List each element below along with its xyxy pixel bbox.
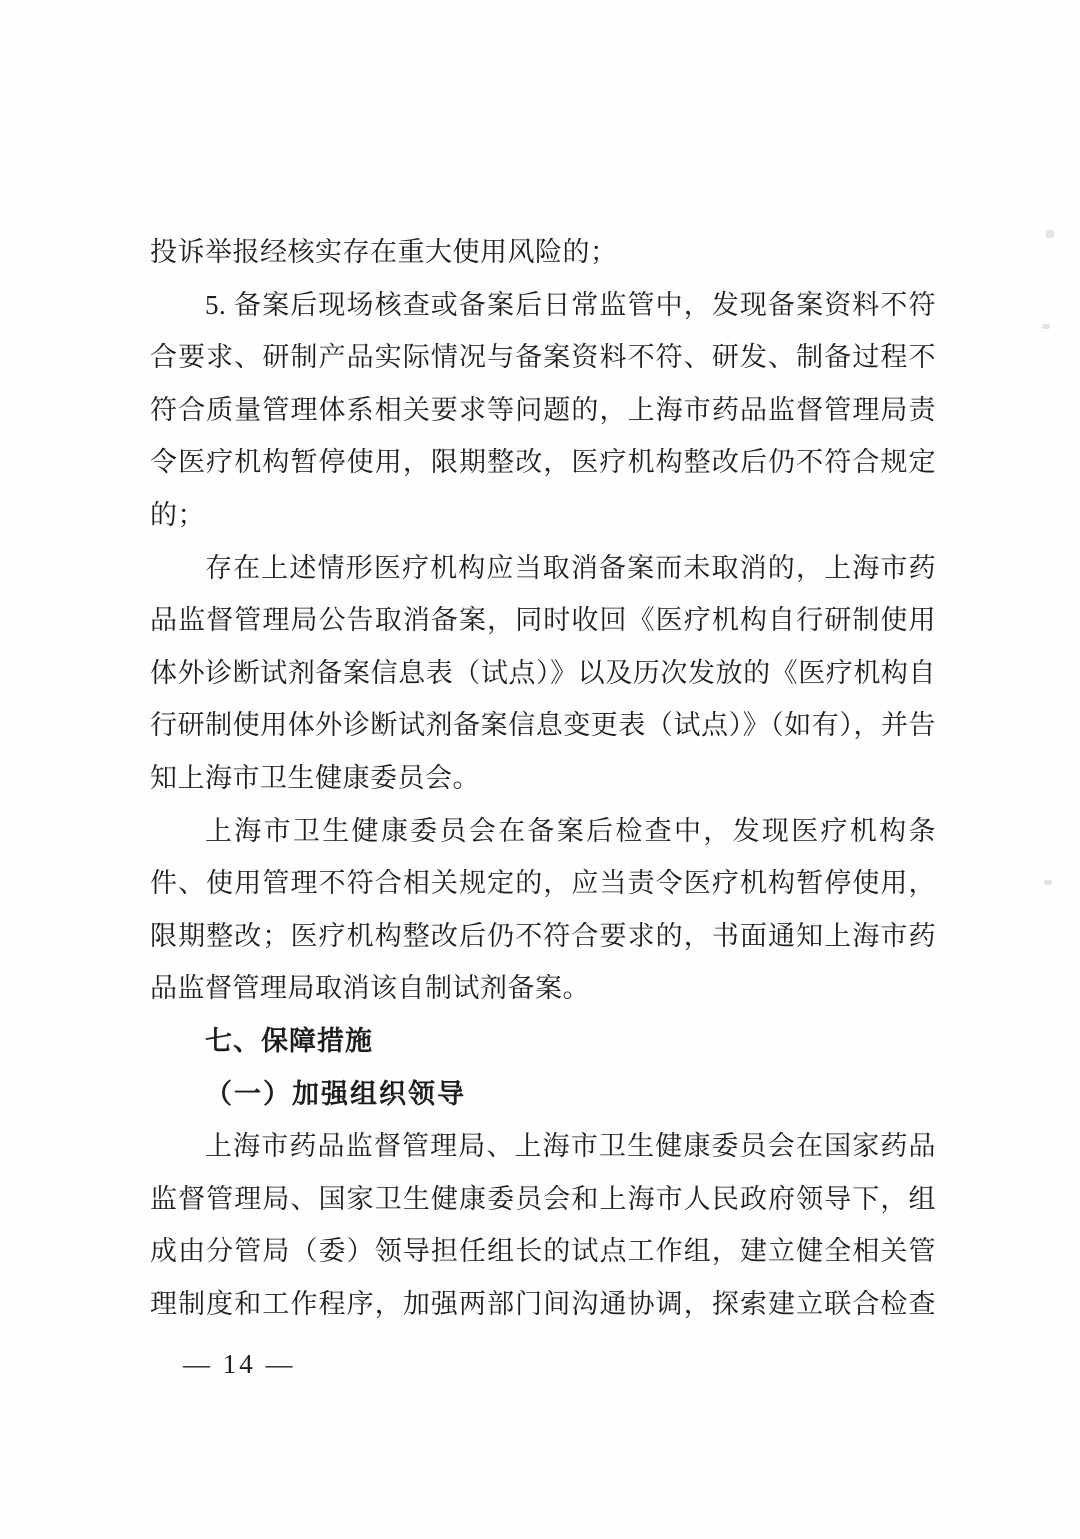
page-number: — 14 — — [183, 1341, 296, 1387]
text-line: 存在上述情形医疗机构应当取消备案而未取消的，上海市药 — [150, 542, 936, 595]
text-line: 5. 备案后现场核查或备案后日常监管中，发现备案资料不符 — [150, 279, 936, 332]
text-line: 监督管理局、国家卫生健康委员会和上海市人民政府领导下，组 — [150, 1173, 936, 1226]
text-line: 的； — [150, 489, 936, 542]
scan-artifact — [1042, 324, 1050, 329]
section-heading: 七、保障措施 — [150, 1015, 936, 1068]
text-line: 体外诊断试剂备案信息表（试点）》以及历次发放的《医疗机构自 — [150, 647, 936, 700]
text-line: 件、使用管理不符合相关规定的，应当责令医疗机构暂停使用， — [150, 857, 936, 910]
text-line: 上海市卫生健康委员会在备案后检查中，发现医疗机构条 — [150, 805, 936, 858]
text-line: 成由分管局（委）领导担任组长的试点工作组，建立健全相关管 — [150, 1225, 936, 1278]
text-line: 知上海市卫生健康委员会。 — [150, 752, 936, 805]
text-line: 品监督管理局取消该自制试剂备案。 — [150, 962, 936, 1015]
scan-artifact — [1044, 880, 1052, 885]
text-line: 品监督管理局公告取消备案，同时收回《医疗机构自行研制使用 — [150, 594, 936, 647]
subsection-heading: （一）加强组织领导 — [150, 1068, 936, 1121]
text-line: 投诉举报经核实存在重大使用风险的； — [150, 226, 936, 279]
scan-artifact — [1046, 230, 1054, 238]
text-line: 符合质量管理体系相关要求等问题的，上海市药品监督管理局责 — [150, 384, 936, 437]
document-page: 投诉举报经核实存在重大使用风险的；5. 备案后现场核查或备案后日常监管中，发现备… — [0, 0, 1080, 1539]
document-body: 投诉举报经核实存在重大使用风险的；5. 备案后现场核查或备案后日常监管中，发现备… — [150, 226, 936, 1330]
text-line: 令医疗机构暂停使用，限期整改，医疗机构整改后仍不符合规定 — [150, 436, 936, 489]
text-line: 理制度和工作程序，加强两部门间沟通协调，探索建立联合检查 — [150, 1278, 936, 1331]
text-line: 合要求、研制产品实际情况与备案资料不符、研发、制备过程不 — [150, 331, 936, 384]
text-line: 行研制使用体外诊断试剂备案信息变更表（试点）》（如有），并告 — [150, 699, 936, 752]
text-line: 限期整改；医疗机构整改后仍不符合要求的，书面通知上海市药 — [150, 910, 936, 963]
text-line: 上海市药品监督管理局、上海市卫生健康委员会在国家药品 — [150, 1120, 936, 1173]
